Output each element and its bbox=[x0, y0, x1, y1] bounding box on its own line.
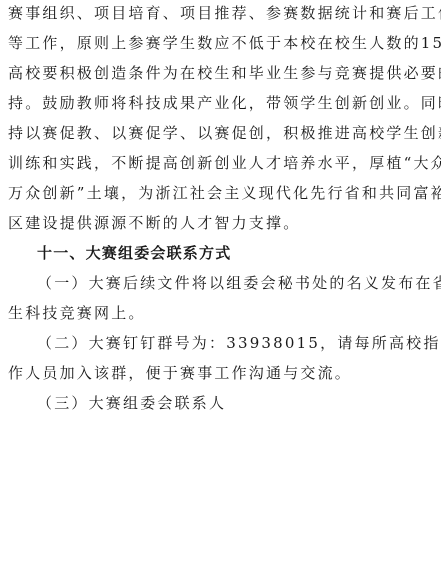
item2-line: （二）大赛钉钉群号为：33938015，请每所高校指定两名工 bbox=[37, 333, 441, 353]
item1-line: （一）大赛后续文件将以组委会秘书处的名义发布在省大学 bbox=[37, 273, 441, 293]
paragraph-line: 高校要积极创造条件为在校生和毕业生参与竞赛提供必要的支 bbox=[8, 63, 441, 83]
paragraph-line: 等工作，原则上参赛学生数应不低于本校在校生人数的15%。各 bbox=[8, 33, 441, 53]
item3-title: （三）大赛组委会联系人 bbox=[37, 393, 226, 413]
paragraph-line: 持。鼓励教师将科技成果产业化，带领学生创新创业。同时，坚 bbox=[8, 93, 441, 113]
paragraph-line: 万众创新”土壤，为浙江社会主义现代化先行省和共同富裕示范 bbox=[8, 183, 441, 203]
paragraph-line: 赛事组织、项目培育、项目推荐、参赛数据统计和赛后工作总结 bbox=[8, 3, 441, 23]
item2-line: 作人员加入该群，便于赛事工作沟通与交流。 bbox=[8, 363, 352, 383]
paragraph-line: 训练和实践，不断提高创新创业人才培养水平，厚植“大众创业、 bbox=[8, 153, 441, 173]
item1-line: 生科技竞赛网上。 bbox=[8, 303, 146, 323]
section-heading: 十一、大赛组委会联系方式 bbox=[37, 243, 231, 263]
paragraph-line: 区建设提供源源不断的人才智力支撑。 bbox=[8, 213, 300, 233]
paragraph-line: 持以赛促教、以赛促学、以赛促创，积极推进高校学生创新创业 bbox=[8, 123, 441, 143]
